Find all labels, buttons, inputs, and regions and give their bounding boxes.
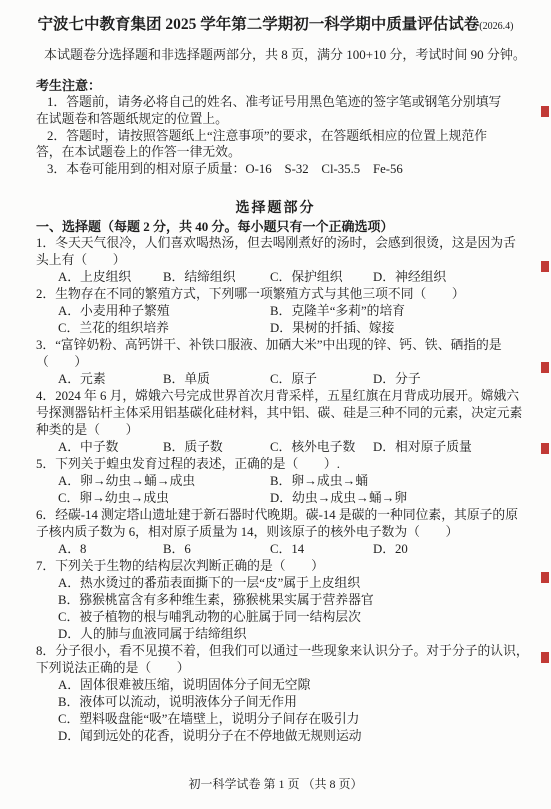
exam-intro: 本试题卷分选择题和非选择题两部分，共 8 页，满分 100+10 分，考试时间 … <box>36 46 515 64</box>
notice-block: 1．答题前，请务必将自己的姓名、准考证号用黑色笔迹的签字笔或钢笔分别填写 在试题… <box>36 94 515 178</box>
question-stem-line: 下列说法正确的是（ ） <box>36 660 515 677</box>
option-text: A．热水烫过的番茄表面撕下的一层“皮”属于上皮组织 <box>36 575 515 592</box>
question-block: 4．2024 年 6 月，嫦娥六号完成世界首次月背采样，五星红旗在月背成功展开。… <box>36 388 515 456</box>
question-stem-line: （ ） <box>36 354 515 371</box>
margin-mark <box>541 362 549 373</box>
option-text: C．14 <box>270 541 373 558</box>
question-stem-line: 子核内质子数为 6，相对原子质量为 14，则该原子的核外电子数为（ ） <box>36 524 515 541</box>
question-block: 8．分子很小，看不见摸不着，但我们可以通过一些现象来认识分子。对于分子的认识，下… <box>36 643 515 745</box>
options-row: A．元素B．单质C．原子D．分子 <box>36 371 515 388</box>
option-text: D．分子 <box>373 371 421 388</box>
section-subheading: 一、选择题（每题 2 分，共 40 分。每小题只有一个正确选项） <box>36 218 515 236</box>
option-text: C．卵→幼虫→成虫 <box>58 490 270 507</box>
option-text: B．单质 <box>163 371 270 388</box>
section-heading: 选择题部分 <box>36 200 515 217</box>
question-block: 7．下列关于生物的结构层次判断正确的是（ ）A．热水烫过的番茄表面撕下的一层“皮… <box>36 558 515 643</box>
option-text: C．保护组织 <box>270 269 373 286</box>
option-text: B．液体可以流动，说明液体分子间无作用 <box>36 694 515 711</box>
margin-mark <box>541 652 549 663</box>
margin-mark <box>541 443 549 454</box>
options-row: C．兰花的组织培养D．果树的扦插、嫁接 <box>36 320 515 337</box>
question-stem-line: 种类的是（ ） <box>36 422 515 439</box>
question-stem-line: 3．“富锌奶粉、高钙饼干、补铁口服液、加硒大米”中出现的锌、钙、铁、硒指的是 <box>36 337 515 354</box>
question-stem-line: 号探测器钻杆主体采用铝基碳化硅材料，其中铝、碳、硅是三种不同的元素，决定元素 <box>36 405 515 422</box>
options-row: A．中子数B．质子数C．核外电子数D．相对原子质量 <box>36 439 515 456</box>
notice-line: 在试题卷和答题纸规定的位置上。 <box>36 111 515 128</box>
question-block: 2．生物存在不同的繁殖方式，下列哪一项繁殖方式与其他三项不同（ ）A．小麦用种子… <box>36 286 515 337</box>
question-block: 1．冬天天气很冷，人们喜欢喝热汤，但去喝刚煮好的汤时，会感到很烫，这是因为舌头上… <box>36 235 515 286</box>
option-text: A．中子数 <box>58 439 163 456</box>
option-text: D．闻到远处的花香，说明分子在不停地做无规则运动 <box>36 728 515 745</box>
option-text: C．原子 <box>270 371 373 388</box>
option-text: D．幼虫→成虫→蛹→卵 <box>270 491 407 505</box>
question-stem-line: 5．下列关于蝗虫发育过程的表述，正确的是（ ）. <box>36 456 515 473</box>
option-text: A．上皮组织 <box>58 269 163 286</box>
page-title: 宁波七中教育集团 2025 学年第二学期初一科学期中质量评估试卷(2026.4) <box>36 15 515 37</box>
option-text: A．固体很难被压缩，说明固体分子间无空隙 <box>36 677 515 694</box>
question-stem-line: 6．经碳-14 测定塔山遗址建于新石器时代晚期。碳-14 是碳的一种同位素，其原… <box>36 507 515 524</box>
option-text: B．卵→成虫→蛹 <box>270 474 368 488</box>
option-text: D．人的肺与血液同属于结缔组织 <box>36 626 515 643</box>
question-stem-line: 头上有（ ） <box>36 252 515 269</box>
options-row: A．小麦用种子繁殖B．克隆羊“多莉”的培育 <box>36 303 515 320</box>
option-text: A．元素 <box>58 371 163 388</box>
page-content: 宁波七中教育集团 2025 学年第二学期初一科学期中质量评估试卷(2026.4)… <box>0 0 551 745</box>
option-text: C．兰花的组织培养 <box>58 320 270 337</box>
exam-title-date: (2026.4) <box>479 21 513 32</box>
notice-line: 3．本卷可能用到的相对原子质量：O-16 S-32 Cl-35.5 Fe-56 <box>36 161 515 178</box>
question-block: 6．经碳-14 测定塔山遗址建于新石器时代晚期。碳-14 是碳的一种同位素，其原… <box>36 507 515 558</box>
option-text: D．相对原子质量 <box>373 439 472 456</box>
question-stem-line: 1．冬天天气很冷，人们喜欢喝热汤，但去喝刚煮好的汤时，会感到很烫，这是因为舌 <box>36 235 515 252</box>
page-footer: 初一科学试卷 第 1 页 （共 8 页） <box>0 777 551 791</box>
exam-title-text: 宁波七中教育集团 2025 学年第二学期初一科学期中质量评估试卷 <box>38 16 480 33</box>
margin-mark <box>541 106 549 117</box>
option-text: A．8 <box>58 541 163 558</box>
option-text: D．果树的扦插、嫁接 <box>270 321 394 335</box>
question-stem-line: 4．2024 年 6 月，嫦娥六号完成世界首次月背采样，五星红旗在月背成功展开。… <box>36 388 515 405</box>
question-stem-line: 7．下列关于生物的结构层次判断正确的是（ ） <box>36 558 515 575</box>
option-text: B．质子数 <box>163 439 270 456</box>
option-text: B．结缔组织 <box>163 269 270 286</box>
question-stem-line: 8．分子很小，看不见摸不着，但我们可以通过一些现象来认识分子。对于分子的认识， <box>36 643 515 660</box>
option-text: D．20 <box>373 541 408 558</box>
question-stem-line: 2．生物存在不同的繁殖方式，下列哪一项繁殖方式与其他三项不同（ ） <box>36 286 515 303</box>
options-row: C．卵→幼虫→成虫D．幼虫→成虫→蛹→卵 <box>36 490 515 507</box>
notice-line: 1．答题前，请务必将自己的姓名、准考证号用黑色笔迹的签字笔或钢笔分别填写 <box>36 94 515 111</box>
question-block: 3．“富锌奶粉、高钙饼干、补铁口服液、加硒大米”中出现的锌、钙、铁、硒指的是（ … <box>36 337 515 388</box>
option-text: C．塑料吸盘能“吸”在墙壁上，说明分子间存在吸引力 <box>36 711 515 728</box>
option-text: A．小麦用种子繁殖 <box>58 303 270 320</box>
notice-line: 答，在本试题卷上的作答一律无效。 <box>36 144 515 161</box>
question-block: 5．下列关于蝗虫发育过程的表述，正确的是（ ）.A．卵→幼虫→蛹→成虫B．卵→成… <box>36 456 515 507</box>
options-row: A．卵→幼虫→蛹→成虫B．卵→成虫→蛹 <box>36 473 515 490</box>
option-text: C．被子植物的根与哺乳动物的心脏属于同一结构层次 <box>36 609 515 626</box>
option-text: A．卵→幼虫→蛹→成虫 <box>58 473 270 490</box>
options-row: A．上皮组织B．结缔组织C．保护组织D．神经组织 <box>36 269 515 286</box>
notice-line: 2．答题时，请按照答题纸上“注意事项”的要求，在答题纸相应的位置上规范作 <box>36 128 515 145</box>
exam-page: 宁波七中教育集团 2025 学年第二学期初一科学期中质量评估试卷(2026.4)… <box>0 0 551 809</box>
option-text: D．神经组织 <box>373 269 446 286</box>
margin-mark <box>541 261 549 272</box>
option-text: C．核外电子数 <box>270 439 373 456</box>
option-text: B．猕猴桃富含有多种维生素，猕猴桃果实属于营养器官 <box>36 592 515 609</box>
options-row: A．8B．6C．14D．20 <box>36 541 515 558</box>
option-text: B．6 <box>163 541 270 558</box>
option-text: B．克隆羊“多莉”的培育 <box>270 304 405 318</box>
notice-heading: 考生注意： <box>36 77 515 94</box>
questions: 1．冬天天气很冷，人们喜欢喝热汤，但去喝刚煮好的汤时，会感到很烫，这是因为舌头上… <box>36 235 515 745</box>
margin-mark <box>541 572 549 583</box>
